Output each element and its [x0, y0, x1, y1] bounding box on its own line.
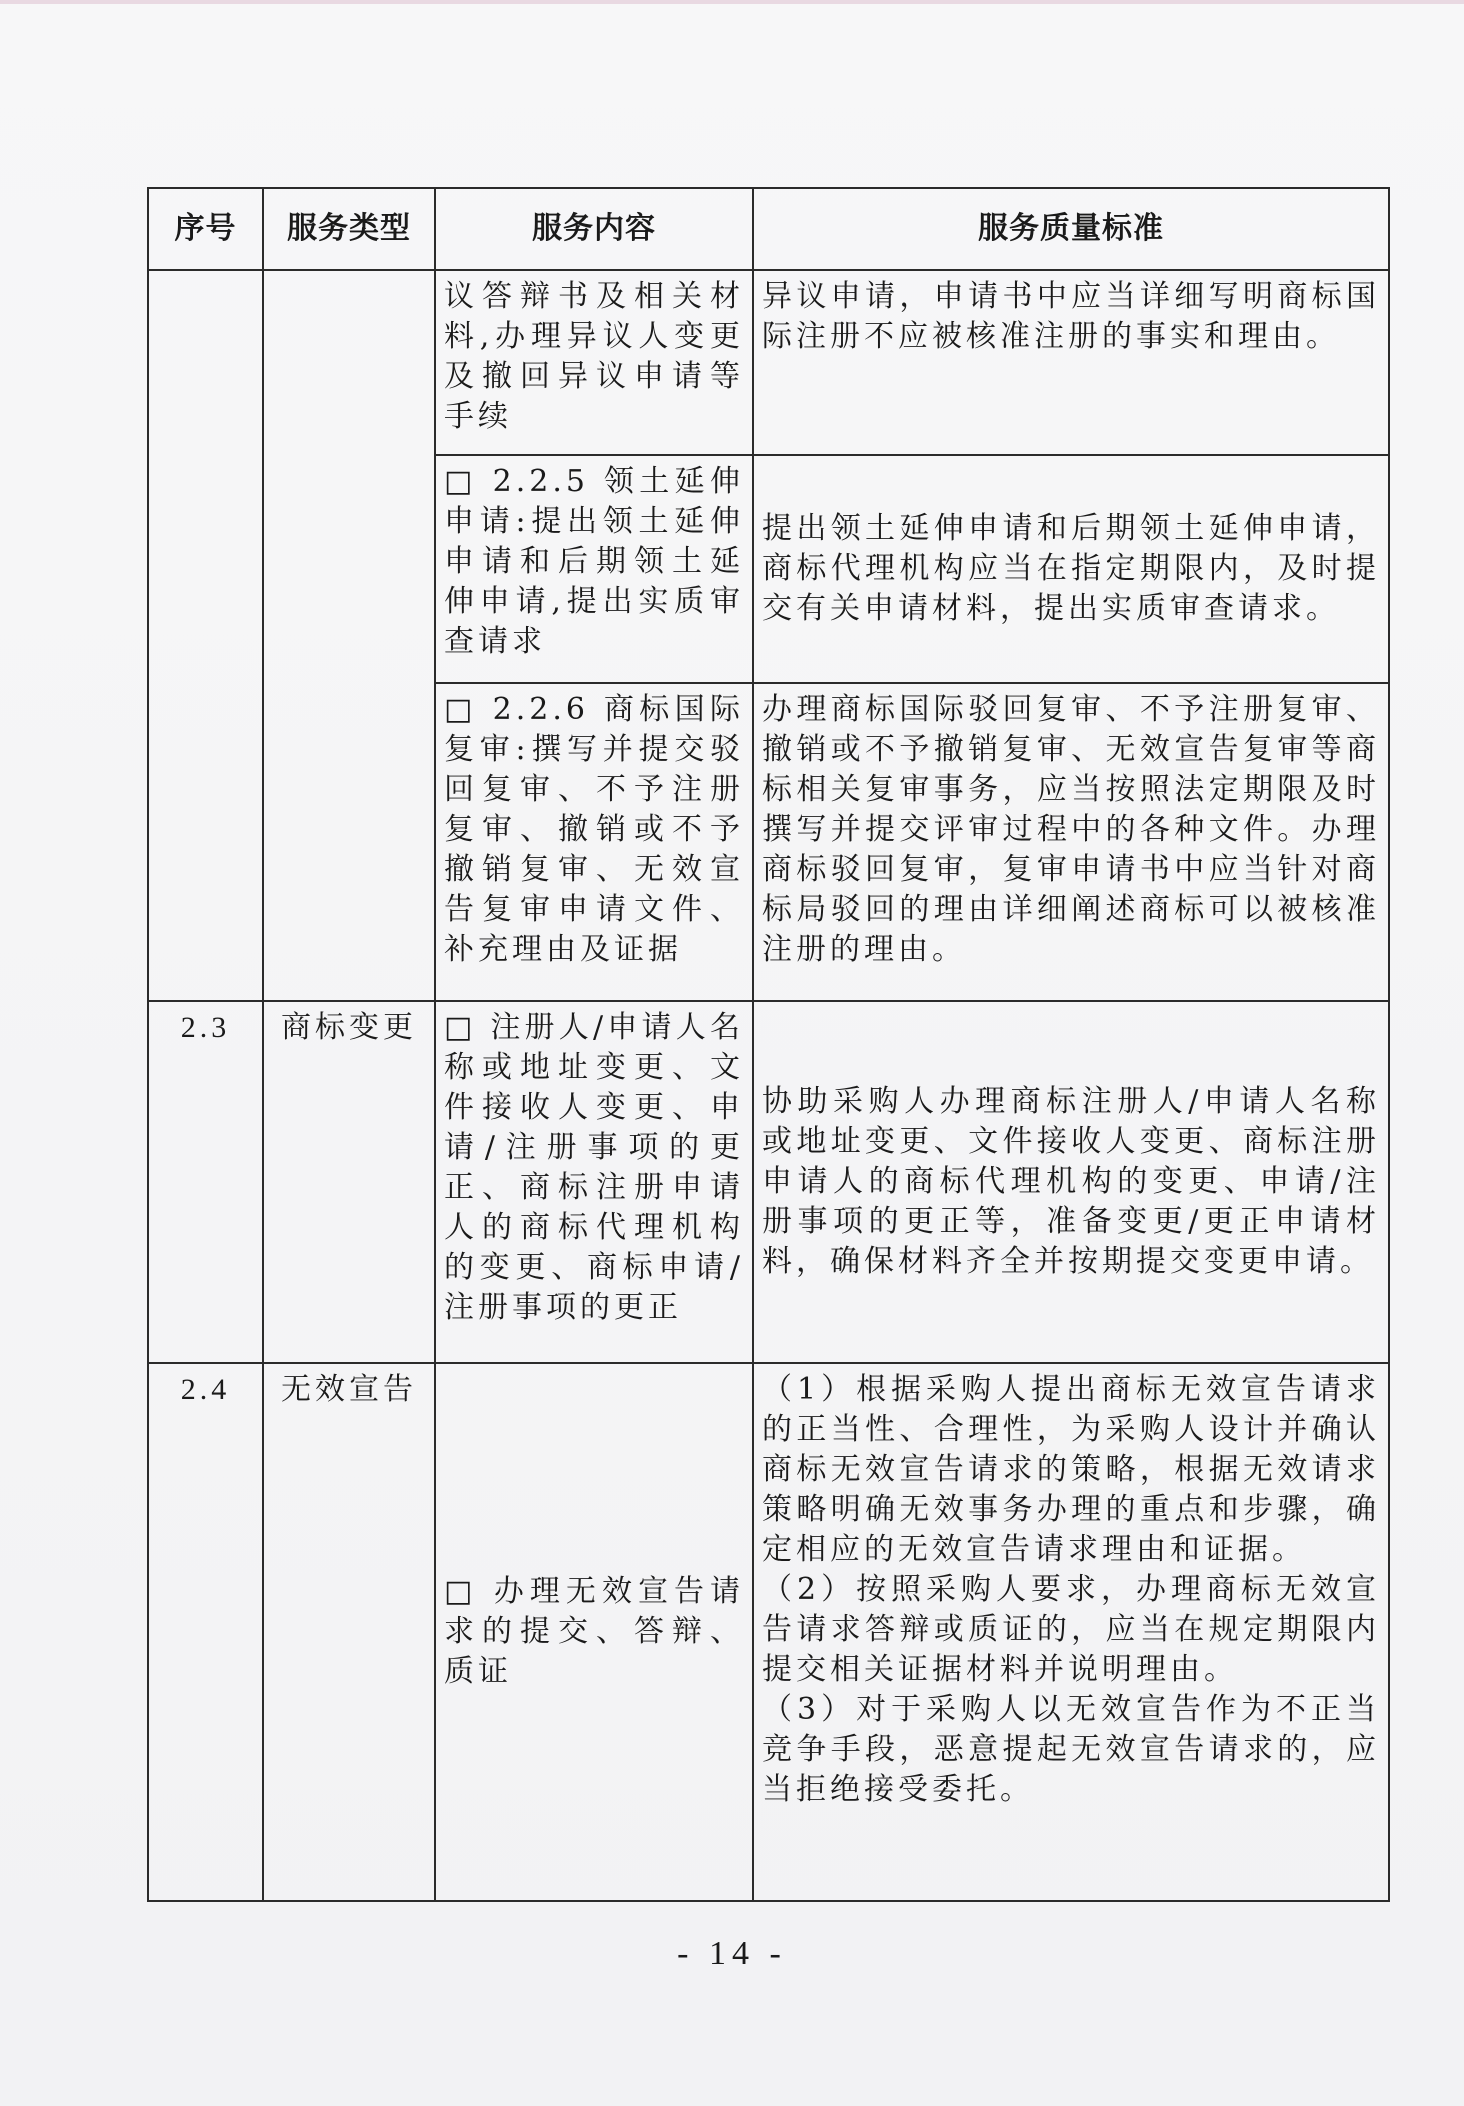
page-top-edge — [0, 0, 1464, 4]
row-standard: 协助采购人办理商标注册人/申请人名称或地址变更、文件接收人变更、商标注册申请人的… — [753, 1001, 1389, 1363]
row-content: 议答辩书及相关材料,办理异议人变更及撤回异议申请等手续 — [435, 270, 753, 455]
standard-paragraph: （3）对于采购人以无效宣告作为不正当竞争手段，恶意提起无效宣告请求的，应当拒绝接… — [762, 1690, 1380, 1810]
header-quality-standard: 服务质量标准 — [753, 188, 1389, 270]
row-content: □ 注册人/申请人名称或地址变更、文件接收人变更、申请/注册事项的更正、商标注册… — [435, 1001, 753, 1363]
standard-paragraph: （2）按照采购人要求，办理商标无效宣告请求答辩或质证的，应当在规定期限内提交相关… — [762, 1570, 1380, 1690]
service-standards-table: 序号 服务类型 服务内容 服务质量标准 议答辩书及相关材料,办理异议人变更及撤回… — [147, 187, 1390, 1902]
row-content: □ 2.2.6 商标国际复审:撰写并提交驳回复审、不予注册复审、撤销或不予撤销复… — [435, 683, 753, 1001]
header-service-content: 服务内容 — [435, 188, 753, 270]
document-page: 序号 服务类型 服务内容 服务质量标准 议答辩书及相关材料,办理异议人变更及撤回… — [0, 0, 1464, 2106]
table-header-row: 序号 服务类型 服务内容 服务质量标准 — [148, 188, 1389, 270]
row-standard: 办理商标国际驳回复审、不予注册复审、撤销或不予撤销复审、无效宣告复审等商标相关复… — [753, 683, 1389, 1001]
header-service-type: 服务类型 — [263, 188, 435, 270]
row-content: □ 办理无效宣告请求的提交、答辩、质证 — [435, 1363, 753, 1901]
row-num: 2.4 — [148, 1363, 263, 1901]
standard-paragraph: （1）根据采购人提出商标无效宣告请求的正当性、合理性，为采购人设计并确认商标无效… — [762, 1370, 1380, 1570]
standard-paragraph: 异议申请，申请书中应当详细写明商标国际注册不应被核准注册的事实和理由。 — [762, 277, 1380, 357]
table-row: 2.4 无效宣告 □ 办理无效宣告请求的提交、答辩、质证 （1）根据采购人提出商… — [148, 1363, 1389, 1901]
row-standard: 异议申请，申请书中应当详细写明商标国际注册不应被核准注册的事实和理由。 — [753, 270, 1389, 455]
standard-paragraph: 提出领土延伸申请和后期领土延伸申请，商标代理机构应当在指定期限内，及时提交有关申… — [762, 509, 1380, 629]
row-num: 2.3 — [148, 1001, 263, 1363]
row-type: 无效宣告 — [263, 1363, 435, 1901]
page-number: - 14 - — [0, 1935, 1464, 1973]
header-num: 序号 — [148, 188, 263, 270]
row-num — [148, 270, 263, 1001]
row-type: 商标变更 — [263, 1001, 435, 1363]
standard-paragraph: 办理商标国际驳回复审、不予注册复审、撤销或不予撤销复审、无效宣告复审等商标相关复… — [762, 690, 1380, 970]
row-type — [263, 270, 435, 1001]
row-standard: （1）根据采购人提出商标无效宣告请求的正当性、合理性，为采购人设计并确认商标无效… — [753, 1363, 1389, 1901]
standard-paragraph: 协助采购人办理商标注册人/申请人名称或地址变更、文件接收人变更、商标注册申请人的… — [762, 1082, 1380, 1282]
table-row: 议答辩书及相关材料,办理异议人变更及撤回异议申请等手续 异议申请，申请书中应当详… — [148, 270, 1389, 455]
table-row: 2.3 商标变更 □ 注册人/申请人名称或地址变更、文件接收人变更、申请/注册事… — [148, 1001, 1389, 1363]
row-standard: 提出领土延伸申请和后期领土延伸申请，商标代理机构应当在指定期限内，及时提交有关申… — [753, 455, 1389, 683]
row-content: □ 2.2.5 领土延伸申请:提出领土延伸申请和后期领土延伸申请,提出实质审查请… — [435, 455, 753, 683]
